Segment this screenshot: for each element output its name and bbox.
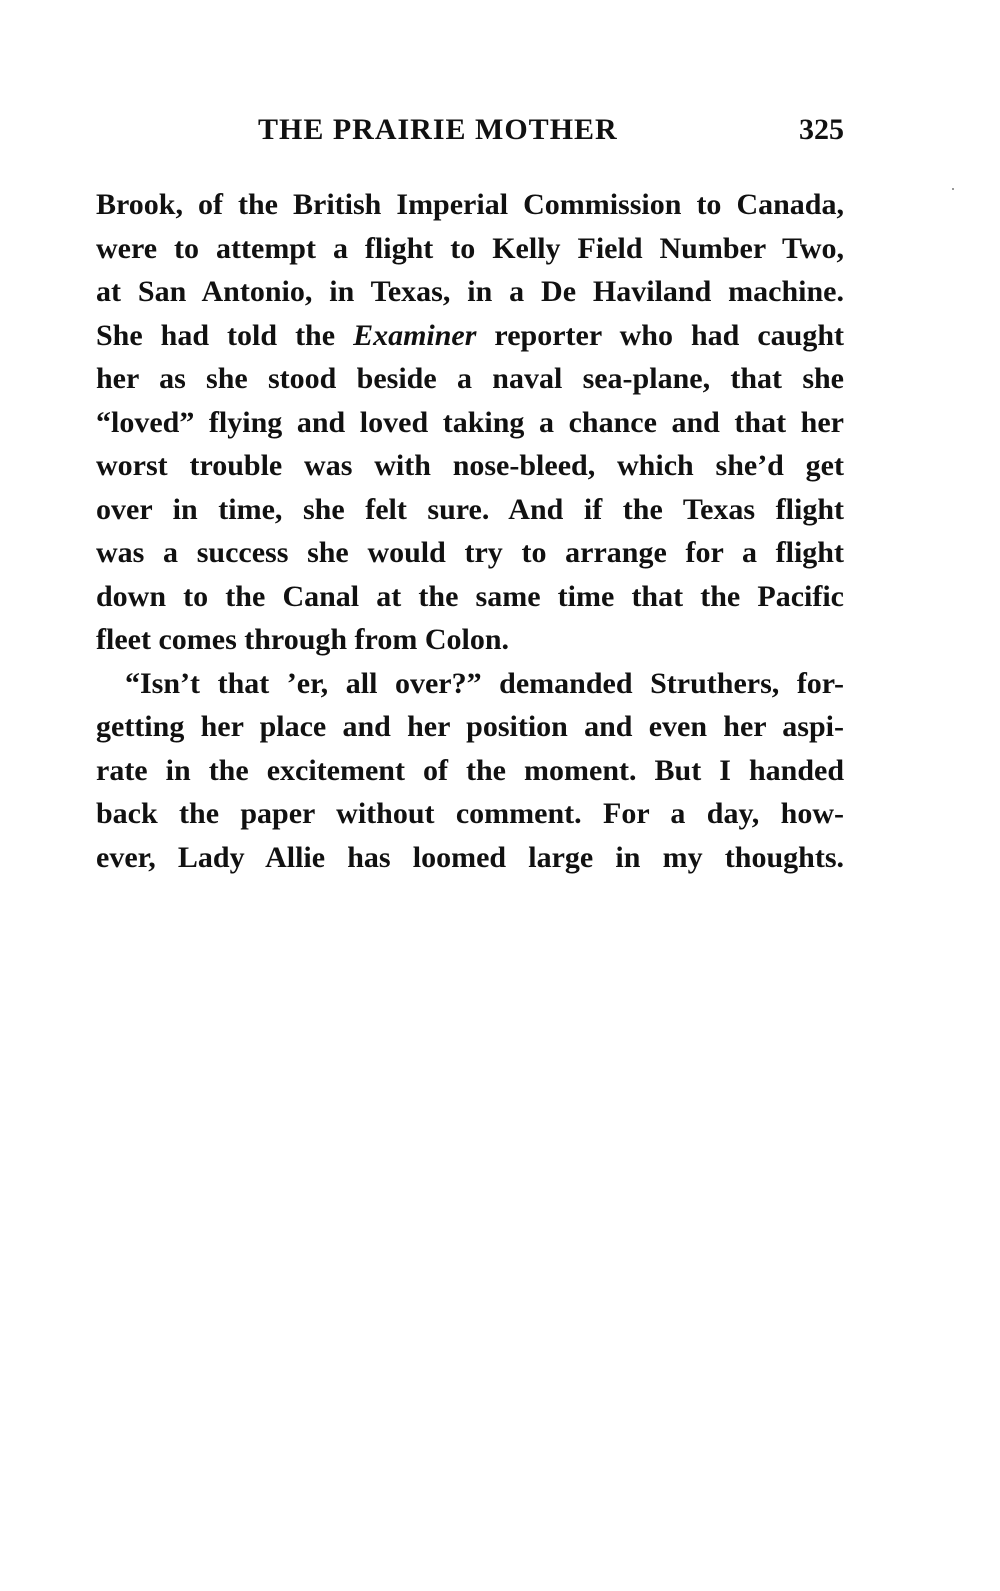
paragraph-2: “Isn’t that ’er, all over?” demanded Str… xyxy=(96,662,844,880)
body-text: Brook, of the British Imperial Commissio… xyxy=(96,183,844,879)
text-line: She had told the Examiner reporter who h… xyxy=(96,314,844,358)
text-segment: reporter who had caught xyxy=(476,319,844,352)
book-page: THE PRAIRIE MOTHER 325 Brook, of the Bri… xyxy=(0,0,1000,1591)
paragraph-1: Brook, of the British Imperial Commissio… xyxy=(96,183,844,662)
text-line: “loved” flying and loved taking a chance… xyxy=(96,401,844,445)
text-line: getting her place and her position and e… xyxy=(96,705,844,749)
text-line: over in time, she felt sure. And if the … xyxy=(96,488,844,532)
text-line: “Isn’t that ’er, all over?” demanded Str… xyxy=(96,662,844,706)
text-line: ever, Lady Allie has loomed large in my … xyxy=(96,836,844,880)
text-line: back the paper without comment. For a da… xyxy=(96,792,844,836)
scan-speck xyxy=(952,188,954,190)
page-number: 325 xyxy=(799,108,844,152)
running-title: THE PRAIRIE MOTHER xyxy=(258,108,618,152)
text-line: were to attempt a flight to Kelly Field … xyxy=(96,227,844,271)
running-head: THE PRAIRIE MOTHER 325 xyxy=(96,108,844,152)
text-segment: She had told the xyxy=(96,319,353,352)
text-line: rate in the excitement of the moment. Bu… xyxy=(96,749,844,793)
text-line: down to the Canal at the same time that … xyxy=(96,575,844,619)
text-line: her as she stood beside a naval sea-plan… xyxy=(96,357,844,401)
text-line: at San Antonio, in Texas, in a De Havila… xyxy=(96,270,844,314)
text-line: was a success she would try to arrange f… xyxy=(96,531,844,575)
text-line: worst trouble was with nose-bleed, which… xyxy=(96,444,844,488)
italic-title-examiner: Examiner xyxy=(353,319,476,352)
text-line: Brook, of the British Imperial Commissio… xyxy=(96,183,844,227)
text-line: fleet comes through from Colon. xyxy=(96,618,844,662)
